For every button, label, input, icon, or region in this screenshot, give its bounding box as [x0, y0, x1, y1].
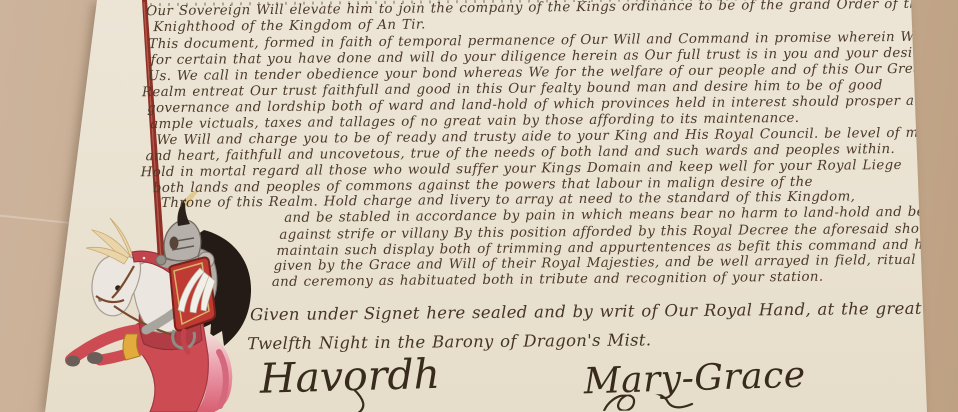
paper-shadow-wrap: Our Sovereign Will elevate him to join t… [0, 0, 958, 412]
scroll-line: Our Sovereign Will elevate him to join t… [146, 0, 927, 19]
photo-of-scroll: Our Sovereign Will elevate him to join t… [0, 0, 958, 412]
closing-line: Twelfth Night in the Barony of Dragon's … [247, 330, 651, 353]
signature-flourish-icon [350, 389, 390, 412]
scroll-paper: Our Sovereign Will elevate him to join t… [0, 0, 958, 412]
closing-line: Given under Signet here sealed and by wr… [250, 298, 958, 324]
text-layer: Our Sovereign Will elevate him to join t… [0, 0, 958, 412]
signature-flourish-icon [600, 394, 696, 411]
scroll-line: Knighthood of the Kingdom of An Tir. [153, 18, 426, 36]
